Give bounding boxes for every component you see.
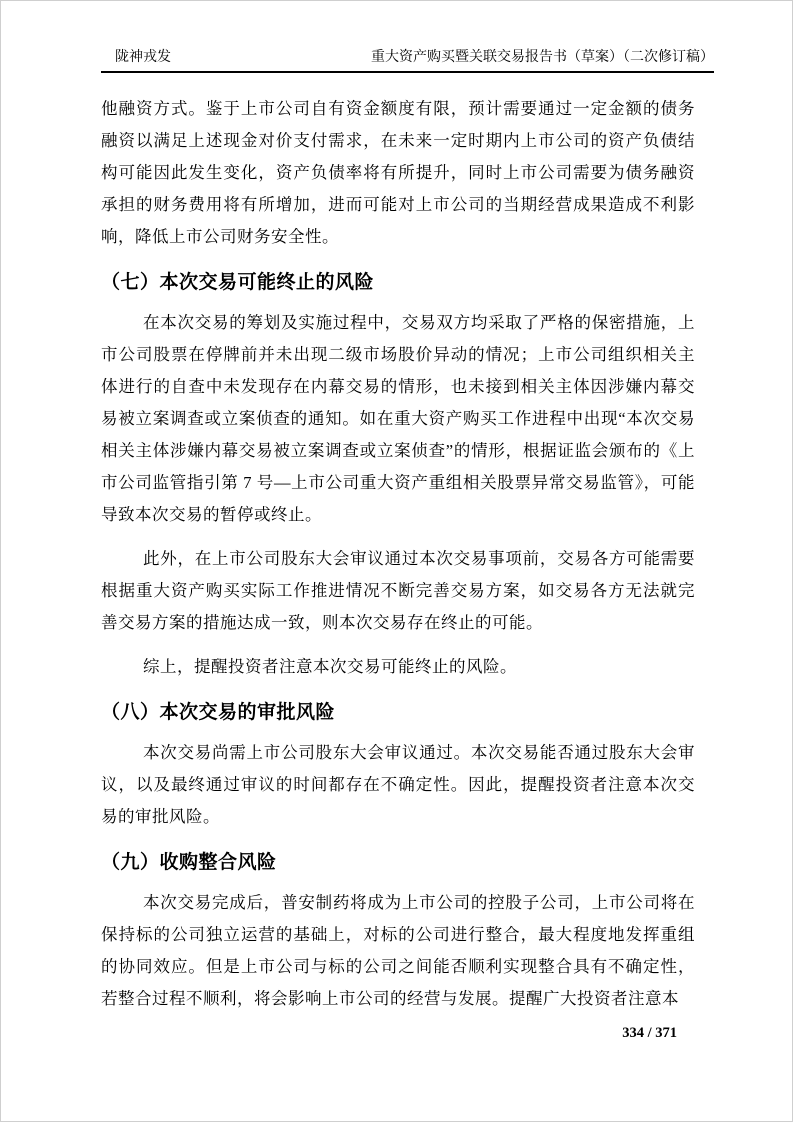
intro-paragraph: 他融资方式。鉴于上市公司自有资金额度有限，预计需要通过一定金额的债务融资以满足上…: [101, 93, 695, 253]
section-7-paragraph-1: 在本次交易的筹划及实施过程中，交易双方均采取了严格的保密措施，上市公司股票在停牌…: [101, 307, 695, 531]
page-number: 334 / 371: [622, 1025, 677, 1042]
section-7-paragraph-3: 综上，提醒投资者注意本次交易可能终止的风险。: [101, 651, 695, 683]
header-report-title: 重大资产购买暨关联交易报告书（草案）（二次修订稿）: [371, 49, 714, 67]
content-area: 他融资方式。鉴于上市公司自有资金额度有限，预计需要通过一定金额的债务融资以满足上…: [101, 93, 695, 1027]
header-company-name: 陇神戎发: [101, 49, 171, 67]
section-7-paragraph-2: 此外，在上市公司股东大会审议通过本次交易事项前，交易各方可能需要根据重大资产购买…: [101, 543, 695, 639]
section-8-title: （八）本次交易的审批风险: [101, 701, 695, 725]
page-header: 陇神戎发 重大资产购买暨关联交易报告书（草案）（二次修订稿）: [101, 49, 714, 73]
section-9-paragraph-1: 本次交易完成后，普安制药将成为上市公司的控股子公司，上市公司将在保持标的公司独立…: [101, 887, 695, 1015]
section-7-title: （七）本次交易可能终止的风险: [101, 271, 695, 295]
document-page: 陇神戎发 重大资产购买暨关联交易报告书（草案）（二次修订稿） 他融资方式。鉴于上…: [0, 0, 793, 1122]
section-8-paragraph-1: 本次交易尚需上市公司股东大会审议通过。本次交易能否通过股东大会审议，以及最终通过…: [101, 737, 695, 833]
section-9-title: （九）收购整合风险: [101, 851, 695, 875]
